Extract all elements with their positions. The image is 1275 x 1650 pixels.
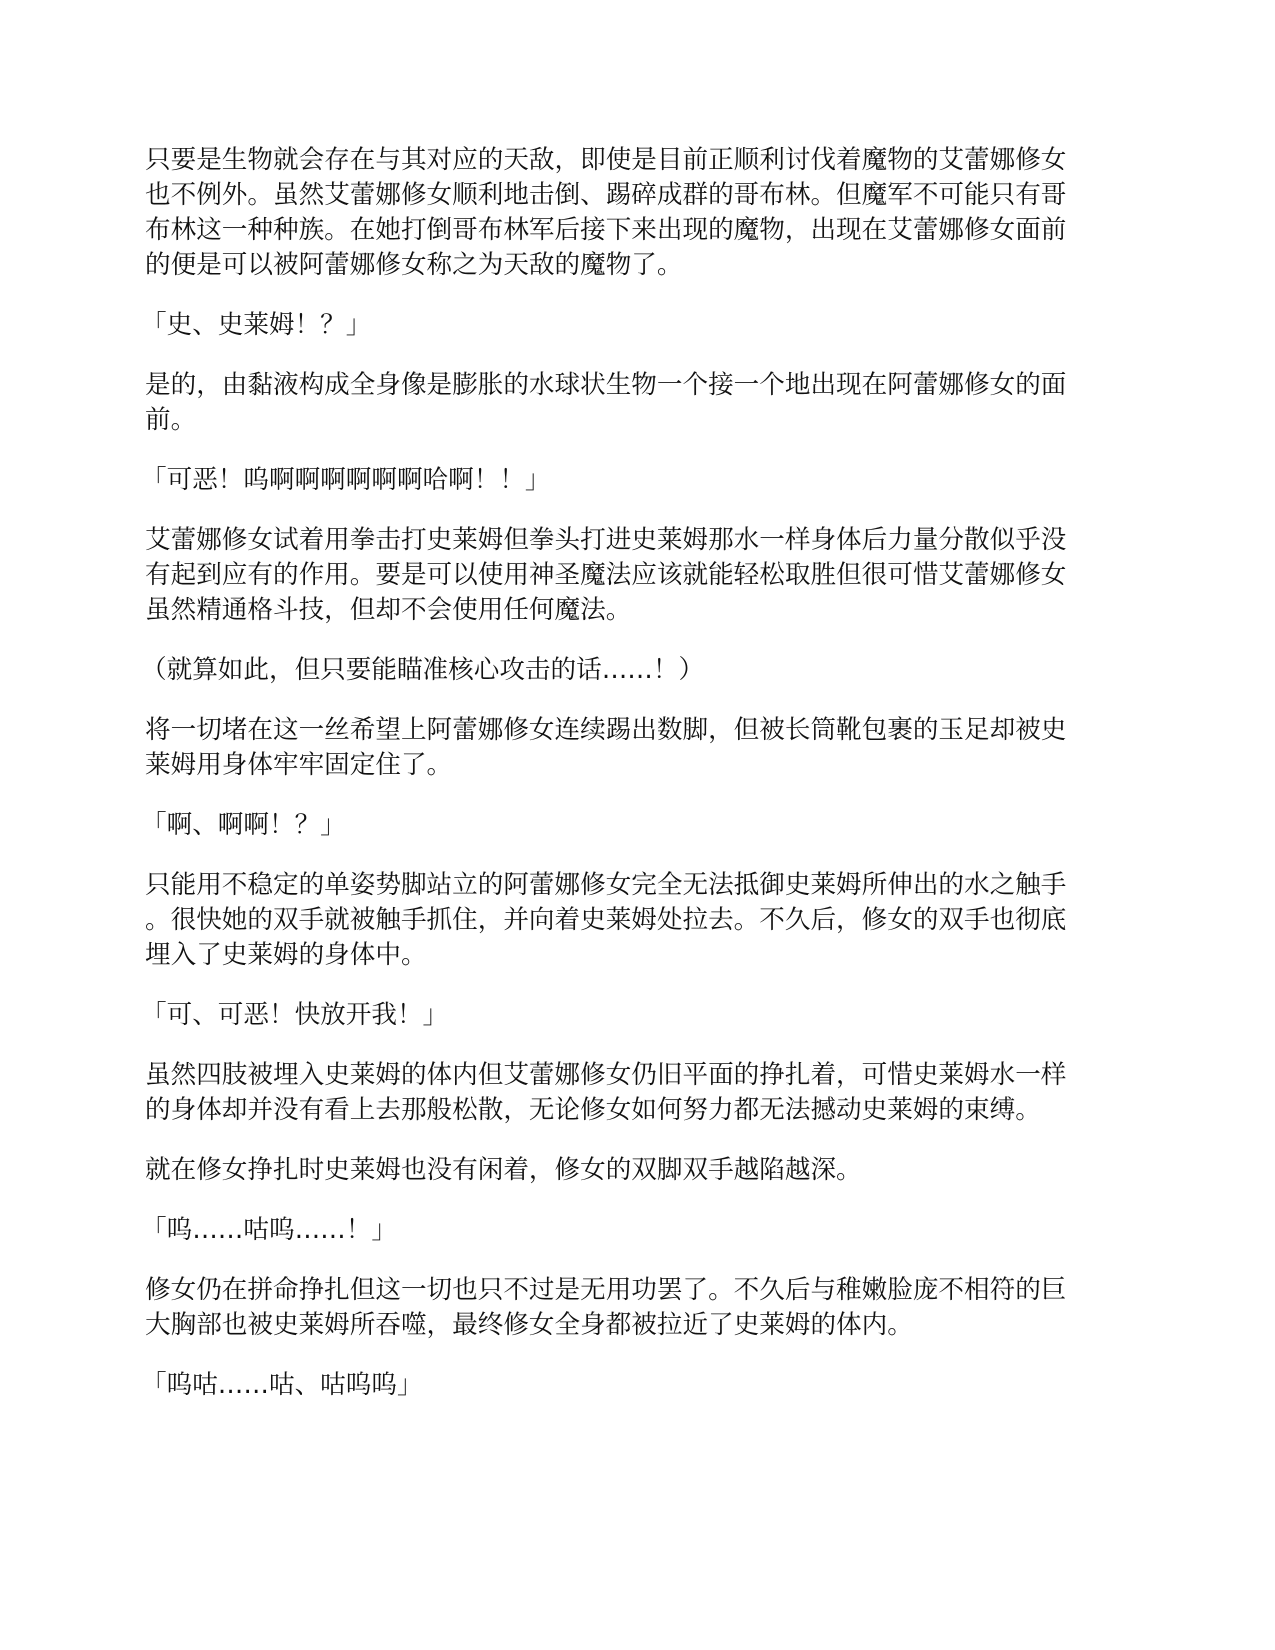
paragraph-narration: 艾蕾娜修女试着用拳击打史莱姆但拳头打进史莱姆那水一样身体后力量分散似乎没有起到应… [145, 523, 1073, 628]
paragraph-narration: 将一切堵在这一丝希望上阿蕾娜修女连续踢出数脚，但被长筒靴包裹的玉足却被史莱姆用身… [145, 713, 1073, 783]
paragraph-dialogue: 「啊、啊啊！？」 [141, 808, 1073, 843]
paragraph-narration: 修女仍在拼命挣扎但这一切也只不过是无用功罢了。不久后与稚嫩脸庞不相符的巨大胸部也… [145, 1273, 1073, 1343]
paragraph-narration: 就在修女挣扎时史莱姆也没有闲着，修女的双脚双手越陷越深。 [145, 1153, 1073, 1188]
paragraph-dialogue: 「呜咕……咕、咕呜呜」 [141, 1368, 1073, 1403]
paragraph-dialogue: 「呜……咕呜……！」 [141, 1213, 1073, 1248]
paragraph-thought: （就算如此，但只要能瞄准核心攻击的话……！） [141, 653, 1073, 688]
paragraph-narration: 是的，由黏液构成全身像是膨胀的水球状生物一个接一个地出现在阿蕾娜修女的面前。 [145, 368, 1073, 438]
paragraph-dialogue: 「可、可恶！快放开我！」 [141, 998, 1073, 1033]
paragraph-dialogue: 「可恶！呜啊啊啊啊啊啊哈啊！！」 [141, 463, 1073, 498]
paragraph-narration: 只要是生物就会存在与其对应的天敌，即使是目前正顺利讨伐着魔物的艾蕾娜修女也不例外… [145, 143, 1073, 283]
paragraph-narration: 虽然四肢被埋入史莱姆的体内但艾蕾娜修女仍旧平面的挣扎着，可惜史莱姆水一样的身体却… [145, 1058, 1073, 1128]
paragraph-dialogue: 「史、史莱姆！？」 [141, 308, 1073, 343]
document-page: 只要是生物就会存在与其对应的天敌，即使是目前正顺利讨伐着魔物的艾蕾娜修女也不例外… [145, 143, 1073, 1428]
paragraph-narration: 只能用不稳定的单姿势脚站立的阿蕾娜修女完全无法抵御史莱姆所伸出的水之触手。很快她… [145, 868, 1073, 973]
